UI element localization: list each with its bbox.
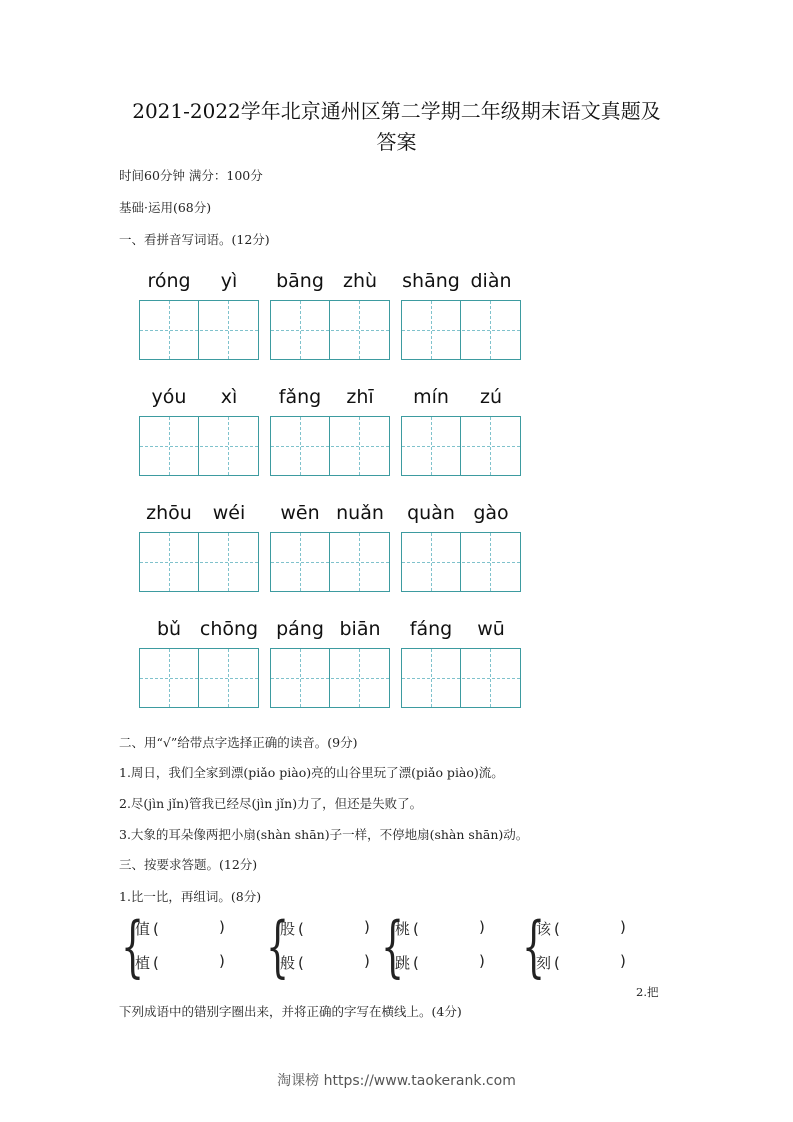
guide-line-horizontal xyxy=(402,330,520,331)
exam-meta: 时间60分钟 满分：100分 xyxy=(119,166,263,184)
pinyin-syllable: zhī xyxy=(330,384,390,410)
document-title: 2021-2022学年北京通州区第二学期二年级期末语文真题及 答案 xyxy=(100,96,693,158)
grid-row: bǔchōngpángbiānfángwū xyxy=(139,616,521,726)
pinyin-word: shāngdiàn xyxy=(401,268,521,294)
compare-item: 桃() xyxy=(395,918,419,939)
pinyin-syllable: páng xyxy=(270,616,330,642)
compare-character: 植 xyxy=(135,952,153,973)
pinyin-syllable: wū xyxy=(461,616,521,642)
compare-item: 刻() xyxy=(536,952,560,973)
answer-paren-open[interactable]: ( xyxy=(554,954,560,972)
pinyin-word: fǎngzhī xyxy=(270,384,390,410)
guide-line-horizontal xyxy=(140,562,258,563)
compare-item: 植() xyxy=(135,952,159,973)
pinyin-word: quàngào xyxy=(401,500,521,526)
answer-paren-open[interactable]: ( xyxy=(413,954,419,972)
answer-paren-close: ) xyxy=(219,952,225,970)
writing-box[interactable] xyxy=(401,532,521,592)
guide-line-horizontal xyxy=(402,446,520,447)
writing-box[interactable] xyxy=(270,416,390,476)
answer-paren-close: ) xyxy=(479,952,485,970)
guide-line-horizontal xyxy=(271,330,389,331)
pinyin-syllable: yì xyxy=(199,268,259,294)
compare-character: 该 xyxy=(536,918,554,939)
pinyin-syllable: quàn xyxy=(401,500,461,526)
writing-box[interactable] xyxy=(401,300,521,360)
pinyin-syllable: yóu xyxy=(139,384,199,410)
section3-q1: 1.比一比，再组词。(8分) xyxy=(119,887,261,905)
answer-paren-close: ) xyxy=(219,918,225,936)
guide-line-horizontal xyxy=(271,678,389,679)
section3-q2: 下列成语中的错别字圈出来，并将正确的字写在横线上。(4分) xyxy=(119,1002,462,1020)
guide-line-horizontal xyxy=(402,562,520,563)
guide-line-horizontal xyxy=(140,678,258,679)
compare-character: 跳 xyxy=(395,952,413,973)
writing-box[interactable] xyxy=(401,648,521,708)
compare-item: 般() xyxy=(280,952,304,973)
pinyin-word: zhōuwéi xyxy=(139,500,259,526)
pinyin-syllable: róng xyxy=(139,268,199,294)
section3-heading: 三、按要求答题。(12分) xyxy=(119,855,257,873)
section2-heading: 二、用“√”给带点字选择正确的读音。(9分) xyxy=(119,733,357,751)
pinyin-word: mínzú xyxy=(401,384,521,410)
compare-character: 值 xyxy=(135,918,153,939)
grid-row: yóuxìfǎngzhīmínzú xyxy=(139,384,521,494)
answer-paren-open[interactable]: ( xyxy=(554,920,560,938)
pinyin-word: fángwū xyxy=(401,616,521,642)
section2-item-1: 1.周日，我们全家到漂(piǎo piào)亮的山谷里玩了漂(piǎo piào… xyxy=(119,763,504,781)
pinyin-word: pángbiān xyxy=(270,616,390,642)
pinyin-syllable: bāng xyxy=(270,268,330,294)
writing-box[interactable] xyxy=(401,416,521,476)
answer-paren-close: ) xyxy=(364,952,370,970)
grid-row: zhōuwéiwēnnuǎnquàngào xyxy=(139,500,521,610)
title-line-1: 2021-2022学年北京通州区第二学期二年级期末语文真题及 xyxy=(100,96,693,127)
guide-line-horizontal xyxy=(271,562,389,563)
compare-character: 刻 xyxy=(536,952,554,973)
pinyin-syllable: zú xyxy=(461,384,521,410)
pinyin-syllable: biān xyxy=(330,616,390,642)
section1-heading: 一、看拼音写词语。(12分) xyxy=(119,230,270,248)
pinyin-word: bǔchōng xyxy=(139,616,259,642)
writing-box[interactable] xyxy=(139,532,259,592)
compare-item: 值() xyxy=(135,918,159,939)
pinyin-syllable: fǎng xyxy=(270,384,330,410)
pinyin-syllable: fáng xyxy=(401,616,461,642)
pinyin-syllable: wēn xyxy=(270,500,330,526)
section2-item-2: 2.尽(jìn jǐn)管我已经尽(jìn jǐn)力了，但还是失败了。 xyxy=(119,794,422,812)
compare-item: 跳() xyxy=(395,952,419,973)
pinyin-word: wēnnuǎn xyxy=(270,500,390,526)
pinyin-syllable: diàn xyxy=(461,268,521,294)
pinyin-word: yóuxì xyxy=(139,384,259,410)
pinyin-syllable: nuǎn xyxy=(330,500,390,526)
pinyin-syllable: zhōu xyxy=(139,500,199,526)
compare-character: 桃 xyxy=(395,918,413,939)
answer-paren-open[interactable]: ( xyxy=(298,920,304,938)
section2-item-3: 3.大象的耳朵像两把小扇(shàn shān)子一样，不停地扇(shàn shā… xyxy=(119,825,528,843)
compare-character: 般 xyxy=(280,952,298,973)
compare-character: 股 xyxy=(280,918,298,939)
writing-box[interactable] xyxy=(270,532,390,592)
answer-paren-open[interactable]: ( xyxy=(153,920,159,938)
writing-box[interactable] xyxy=(270,648,390,708)
pinyin-word: bāngzhù xyxy=(270,268,390,294)
pinyin-syllable: bǔ xyxy=(139,616,199,642)
answer-paren-close: ) xyxy=(479,918,485,936)
compare-item: 该() xyxy=(536,918,560,939)
guide-line-horizontal xyxy=(271,446,389,447)
answer-paren-close: ) xyxy=(364,918,370,936)
answer-paren-open[interactable]: ( xyxy=(298,954,304,972)
writing-box[interactable] xyxy=(139,300,259,360)
pinyin-syllable: mín xyxy=(401,384,461,410)
pinyin-syllable: zhù xyxy=(330,268,390,294)
answer-paren-close: ) xyxy=(620,918,626,936)
writing-box[interactable] xyxy=(139,648,259,708)
guide-line-horizontal xyxy=(402,678,520,679)
answer-paren-open[interactable]: ( xyxy=(413,920,419,938)
pinyin-syllable: chōng xyxy=(199,616,259,642)
answer-paren-open[interactable]: ( xyxy=(153,954,159,972)
compare-item: 股() xyxy=(280,918,304,939)
title-line-2: 答案 xyxy=(100,127,693,158)
pinyin-syllable: xì xyxy=(199,384,259,410)
pinyin-word: róngyì xyxy=(139,268,259,294)
pinyin-syllable: gào xyxy=(461,500,521,526)
guide-line-horizontal xyxy=(140,446,258,447)
writing-box[interactable] xyxy=(270,300,390,360)
section3-q2-prefix: 2.把 xyxy=(636,984,658,1000)
grid-row: róngyìbāngzhùshāngdiàn xyxy=(139,268,521,378)
writing-box[interactable] xyxy=(139,416,259,476)
watermark: 淘课榜 https://www.taokerank.com xyxy=(0,1070,793,1090)
pinyin-syllable: shāng xyxy=(401,268,461,294)
pinyin-syllable: wéi xyxy=(199,500,259,526)
part-heading: 基础·运用(68分) xyxy=(119,198,211,216)
answer-paren-close: ) xyxy=(620,952,626,970)
guide-line-horizontal xyxy=(140,330,258,331)
